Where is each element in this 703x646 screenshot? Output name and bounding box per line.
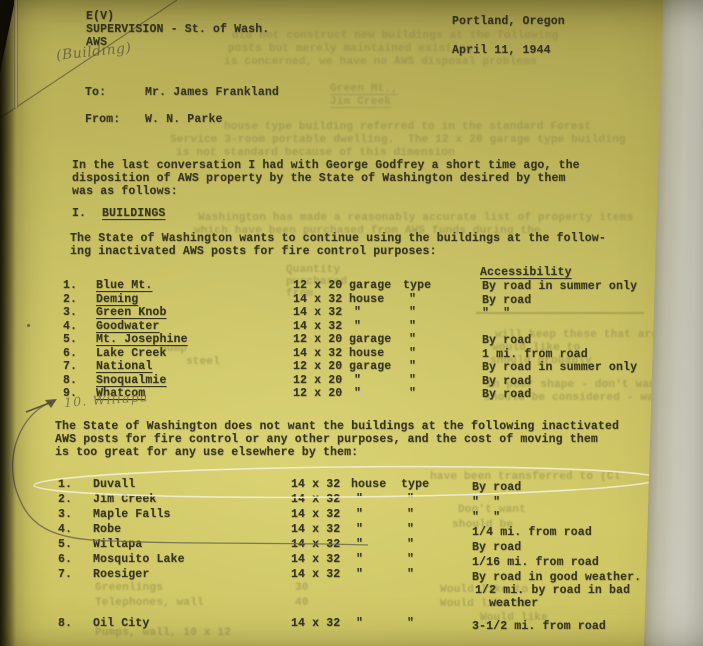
accessibility-value: 3-1/2 mi. from road xyxy=(472,620,606,633)
building-type: " xyxy=(407,523,414,536)
bleedthrough-line: is concerned, we have no AWS disposal pr… xyxy=(224,56,537,68)
building-type: " xyxy=(409,333,416,346)
accessibility-extra: 1/2 mi. by road in bad xyxy=(475,584,630,597)
from-label: From: xyxy=(85,113,120,126)
building-type: " xyxy=(407,617,414,630)
post-name: Snoqualmie xyxy=(96,374,167,387)
post-name: Roesiger xyxy=(93,568,149,581)
post-name: Oil City xyxy=(93,617,149,630)
building-size: 14 x 32 xyxy=(293,293,342,306)
accessibility-header: Accessibility xyxy=(480,266,572,279)
building-kind: house xyxy=(349,347,384,360)
building-size: 14 x 32 xyxy=(291,617,340,630)
accessibility-value: By road xyxy=(482,375,531,388)
building-kind: garage xyxy=(349,333,391,346)
building-size: 14 x 32 xyxy=(293,347,342,360)
building-type: type xyxy=(401,478,429,491)
row-number: 8. xyxy=(58,617,72,630)
building-kind: " xyxy=(356,568,363,581)
post-name: Green Knob xyxy=(96,306,167,319)
bleedthrough-line: have been transferred to (Cl xyxy=(430,471,620,483)
row-number: 1. xyxy=(63,279,77,292)
bleedthrough-line: Green Mt., xyxy=(330,83,398,95)
pencil-arrow xyxy=(26,402,52,412)
bleedthrough-line: Quantity xyxy=(286,264,340,276)
building-size: 12 x 20 xyxy=(293,279,342,292)
post-name: National xyxy=(96,360,152,373)
accessibility-extra: weather xyxy=(489,597,538,610)
section-title: BUILDINGS xyxy=(102,207,165,220)
document-photo: did not construct new buildings at the f… xyxy=(0,0,703,646)
handwritten-note: (Building) xyxy=(55,40,132,64)
building-kind: " xyxy=(354,387,361,400)
bleedthrough-line: Greenlings xyxy=(95,582,163,594)
post-name: Mosquito Lake xyxy=(93,553,185,566)
paper-speck xyxy=(27,324,30,327)
row-number: 6. xyxy=(63,347,77,360)
building-type: " xyxy=(409,306,416,319)
ruler-edge xyxy=(14,0,18,108)
accessibility-value: 1/16 mi. from road xyxy=(472,556,599,569)
building-size: 12 x 20 xyxy=(293,387,342,400)
agency-code: E(V) xyxy=(86,10,114,23)
row-number: 7. xyxy=(63,360,77,373)
memo-location: Portland, Oregon xyxy=(452,15,565,28)
building-size: 12 x 20 xyxy=(293,360,342,373)
post-name: Jim Creek xyxy=(93,493,156,506)
from-value: W. N. Parke xyxy=(145,113,223,126)
intro-line: disposition of AWS property by the State… xyxy=(72,172,566,185)
post-name: Lake Creek xyxy=(96,347,167,360)
post-name: Goodwater xyxy=(96,320,159,333)
para2-line: The State of Washington wants to continu… xyxy=(70,232,606,245)
row-number: 7. xyxy=(58,568,72,581)
building-kind: " xyxy=(356,523,363,536)
building-type: type xyxy=(403,279,431,292)
building-kind: garage xyxy=(349,360,391,373)
row-number: 5. xyxy=(63,333,77,346)
post-name: Willapa xyxy=(93,538,142,551)
memo-date: April 11, 1944 xyxy=(452,44,551,57)
para2-line: ing inactivated AWS posts for fire contr… xyxy=(70,245,437,258)
post-name: Duvall xyxy=(93,478,135,491)
accessibility-value: By road xyxy=(482,388,531,401)
building-size: 14 x 32 xyxy=(291,523,340,536)
building-size: 14 x 32 xyxy=(291,493,340,506)
post-name: Blue Mt. xyxy=(96,279,152,292)
row-number: 5. xyxy=(58,538,72,551)
accessibility-value: " " xyxy=(472,496,500,509)
section-numeral: I. xyxy=(72,207,86,220)
building-type: " xyxy=(407,493,414,506)
pencil-arrowhead xyxy=(45,399,57,408)
building-size: 14 x 32 xyxy=(293,320,342,333)
building-kind: " xyxy=(356,553,363,566)
building-size: 12 x 20 xyxy=(293,333,342,346)
building-kind: house xyxy=(349,293,384,306)
row-number: 4. xyxy=(58,523,72,536)
building-size: 12 x 20 xyxy=(293,374,342,387)
building-type: " xyxy=(409,374,416,387)
building-type: " xyxy=(409,347,416,360)
building-kind: " xyxy=(356,538,363,551)
para3-line: is too great for any use elsewhere by th… xyxy=(55,446,358,459)
building-kind: " xyxy=(354,306,361,319)
building-type: " xyxy=(407,538,414,551)
bleedthrough-line: Washington has made a reasonably accurat… xyxy=(198,212,633,224)
building-type: " xyxy=(407,508,414,521)
bleedthrough-line: 40 xyxy=(295,597,309,609)
bleedthrough-line: posts but merely maintained existing xyxy=(228,43,473,55)
row-number: 1. xyxy=(58,478,72,491)
bleedthrough-line: Telephones, wall xyxy=(95,597,204,609)
building-size: 14 x 32 xyxy=(291,538,340,551)
post-name: Robe xyxy=(93,523,121,536)
row-number: 3. xyxy=(58,508,72,521)
accessibility-value: By road in good weather. xyxy=(472,571,641,584)
bleedthrough-line: 30 xyxy=(295,582,309,594)
building-kind: garage xyxy=(349,279,391,292)
accessibility-value: By road in summer only xyxy=(482,361,637,374)
accessibility-value: " " xyxy=(472,511,500,524)
bleedthrough-line: Service 3-room portable dwelling. The 12… xyxy=(170,134,626,146)
agency-line: SUPERVISION - St. of Wash. xyxy=(86,23,269,36)
bleedthrough-line: Jim Creek xyxy=(330,96,391,108)
accessibility-value: 1/4 mi. from road xyxy=(472,526,592,539)
building-kind: " xyxy=(354,320,361,333)
intro-line: In the last conversation I had with Geor… xyxy=(72,159,580,172)
accessibility-value: 1 mi. from road xyxy=(482,348,588,361)
building-size: 14 x 32 xyxy=(291,568,340,581)
bleedthrough-line: did not construct new buildings at the f… xyxy=(232,30,558,42)
building-type: " xyxy=(409,387,416,400)
intro-line: was as follows: xyxy=(72,185,178,198)
para3-line: The State of Washington does not want th… xyxy=(55,420,619,433)
row-number: 8. xyxy=(63,374,77,387)
row-number: 6. xyxy=(58,553,72,566)
row-number: 4. xyxy=(63,320,77,333)
building-size: 14 x 32 xyxy=(291,553,340,566)
building-size: 14 x 32 xyxy=(291,508,340,521)
row-number: 2. xyxy=(58,493,72,506)
row-number: 3. xyxy=(63,306,77,319)
building-kind: " xyxy=(356,617,363,630)
accessibility-value: By road xyxy=(472,541,521,554)
post-name: Deming xyxy=(96,293,138,306)
accessibility-value: By road xyxy=(482,334,531,347)
post-name: Mt. Josephine xyxy=(96,333,188,346)
building-type: " xyxy=(407,553,414,566)
building-type: " xyxy=(409,293,416,306)
building-type: " xyxy=(409,360,416,373)
building-size: 14 x 32 xyxy=(291,478,340,491)
building-type: " xyxy=(407,568,414,581)
building-kind: house xyxy=(351,478,386,491)
bleedthrough-line: house type building referred to in the s… xyxy=(224,121,591,133)
accessibility-value: By road xyxy=(482,294,531,307)
building-size: 14 x 32 xyxy=(293,306,342,319)
building-kind: " xyxy=(354,374,361,387)
building-type: " xyxy=(409,320,416,333)
building-kind: " xyxy=(356,493,363,506)
para3-line: AWS posts for fire control or any other … xyxy=(55,433,598,446)
building-kind: " xyxy=(356,508,363,521)
accessibility-value: By road in summer only xyxy=(482,280,637,293)
to-label: To: xyxy=(85,86,106,99)
bleedthrough-line: steel xyxy=(186,356,220,368)
post-name: Maple Falls xyxy=(93,508,171,521)
row-number: 2. xyxy=(63,293,77,306)
to-value: Mr. James Frankland xyxy=(145,86,279,99)
bleedthrough-line: is not standard because of this dimensio… xyxy=(176,147,455,159)
accessibility-value: " " xyxy=(482,307,510,320)
accessibility-value: By road xyxy=(472,481,521,494)
